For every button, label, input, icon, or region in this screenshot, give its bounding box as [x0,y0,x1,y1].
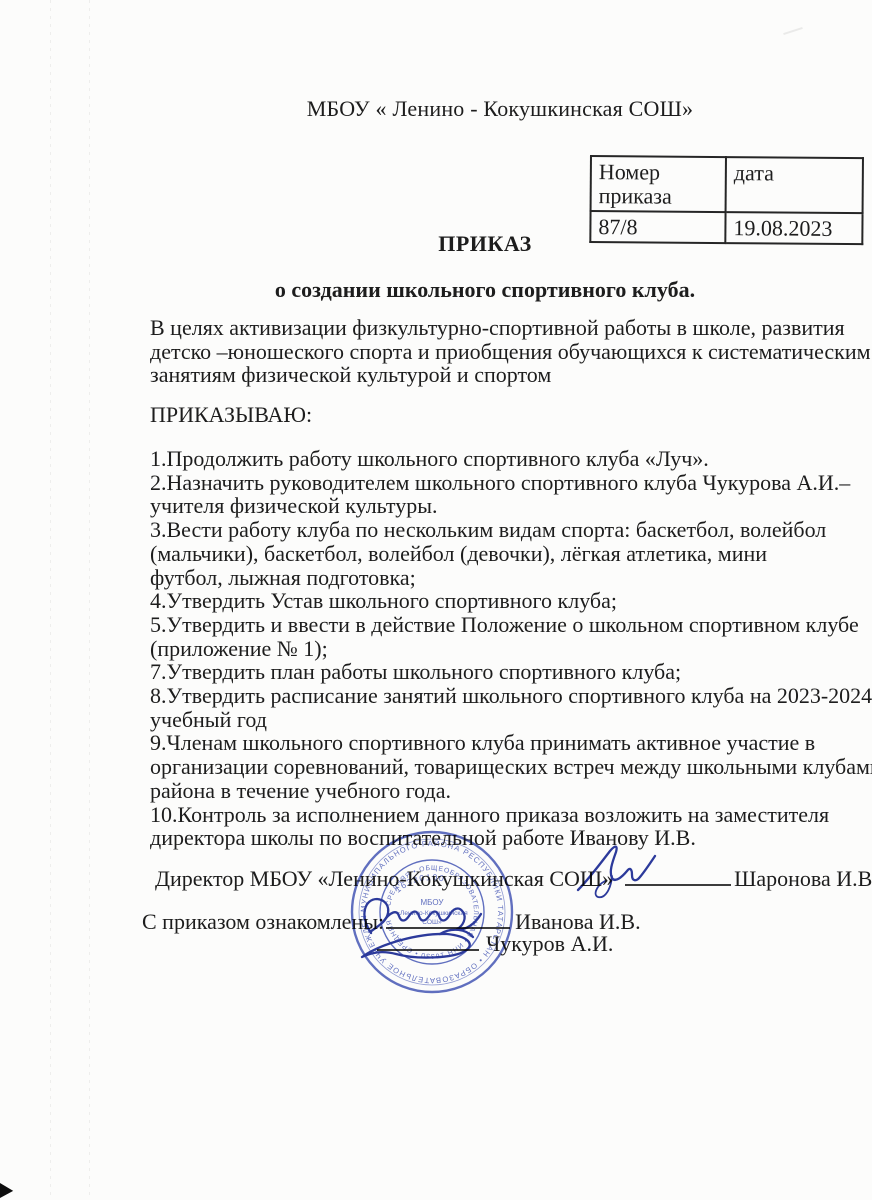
order-item-line: 7.Утвердить план работы школьного спорти… [150,660,865,684]
order-item-line: футбол, лыжная подготовка; [150,566,865,590]
order-item-line: района в течение учебного года. [150,779,865,803]
order-item-line: 3.Вести работу клуба по нескольким видам… [150,518,865,542]
order-item-line: 9.Членам школьного спортивного клуба при… [150,731,865,755]
order-item-line: учебный год [150,708,865,732]
director-name: Шаронова И.В. [734,866,872,891]
scan-artifact-line [89,0,90,1200]
document-page: МБОУ « Ленино - Кокушкинская СОШ» Номер … [0,0,872,1200]
order-item-line: организации соревнований, товарищеских в… [150,755,865,779]
org-title: МБОУ « Ленино - Кокушкинская СОШ» [150,96,850,122]
intro-line: В целях активизации физкультурно-спортив… [150,316,860,340]
order-item-line: 10.Контроль за исполнением данного прика… [150,803,865,827]
order-date-label: дата [726,157,863,213]
scan-corner-artifact [0,1181,15,1198]
order-number-label: Номер приказа [591,156,726,212]
ack-name-2: Чукуров А.И. [486,931,613,956]
stamp-center-line1: МБОУ [421,898,445,907]
scan-smudge [783,27,803,35]
intro-paragraph: В целях активизации физкультурно-спортив… [150,316,860,387]
order-item-line: 8.Утвердить расписание занятий школьного… [150,684,865,708]
ack-signature-blank-1 [386,913,510,929]
director-signature-row: Директор МБОУ «Ленино-Кокушкинская СОШ»Ш… [155,866,872,892]
order-item-line: директора школы по воспитательной работе… [150,826,865,850]
ack-signature-blank-2 [377,935,479,951]
director-signature-blank [625,870,731,886]
doc-title: ПРИКАЗ [150,231,820,257]
intro-line: занятиям физической культурой и спортом [150,363,860,387]
order-item-line: (приложение № 1); [150,637,865,661]
acknowledgement-row-2: Чукуров А.И. [377,931,613,957]
order-item-line: учителя физической культуры. [150,494,865,518]
order-items: 1.Продолжить работу школьного спортивног… [150,447,865,850]
order-item-line: 2.Назначить руководителем школьного спор… [150,471,865,495]
intro-line: детско –юношеского спорта и приобщения о… [150,340,860,364]
order-item-line: 1.Продолжить работу школьного спортивног… [150,447,865,471]
director-label: Директор МБОУ «Ленино-Кокушкинская СОШ» [155,866,613,891]
doc-subtitle: о создании школьного спортивного клуба. [150,277,820,303]
order-item-line: 4.Утвердить Устав школьного спортивного … [150,589,865,613]
order-item-line: (мальчики), баскетбол, волейбол (девочки… [150,542,865,566]
order-item-line: 5.Утвердить и ввести в действие Положени… [150,613,865,637]
scan-artifact-line [50,0,51,1200]
ack-label: С приказом ознакомлены: [142,909,384,934]
resolve-word: ПРИКАЗЫВАЮ: [150,402,312,428]
